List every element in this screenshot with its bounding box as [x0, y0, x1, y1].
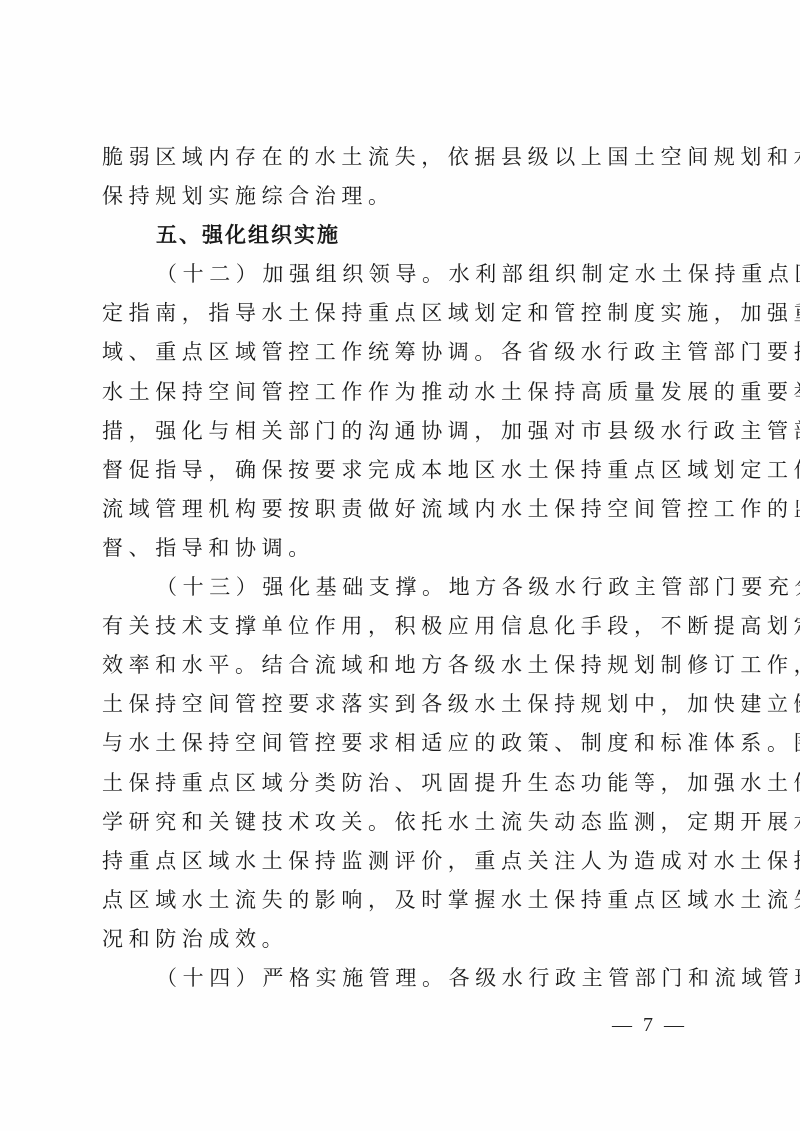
- paragraph-start-14: （十四）严格实施管理。各级水行政主管部门和流域管理机构: [102, 959, 696, 998]
- page-number: — 7 —: [612, 1014, 687, 1037]
- text-line: 保持规划实施综合治理。: [102, 177, 696, 216]
- text-line: 流域管理机构要按职责做好流域内水土保持空间管控工作的监: [102, 490, 696, 529]
- body-text: 脆弱区域内存在的水土流失，依据县级以上国土空间规划和水土 保持规划实施综合治理。…: [102, 138, 696, 998]
- text-line: 持重点区域水土保持监测评价，重点关注人为造成对水土保持重: [102, 842, 696, 881]
- text-line: 与水土保持空间管控要求相适应的政策、制度和标准体系。围绕水: [102, 724, 696, 763]
- text-line: 土保持重点区域分类防治、巩固提升生态功能等，加强水土保持科: [102, 764, 696, 803]
- text-line: 点区域水土流失的影响，及时掌握水土保持重点区域水土流失状: [102, 881, 696, 920]
- text-line: 效率和水平。结合流域和地方各级水土保持规划制修订工作，将水: [102, 646, 696, 685]
- text-line: 水土保持空间管控工作作为推动水土保持高质量发展的重要举: [102, 373, 696, 412]
- text-line: 域、重点区域管控工作统筹协调。各省级水行政主管部门要把加强: [102, 333, 696, 372]
- text-line: 督、指导和协调。: [102, 529, 696, 568]
- paragraph-start-12: （十二）加强组织领导。水利部组织制定水土保持重点区域划: [102, 255, 696, 294]
- section-heading: 五、强化组织实施: [102, 216, 696, 255]
- text-line: 土保持空间管控要求落实到各级水土保持规划中，加快建立健全: [102, 685, 696, 724]
- paragraph-start-13: （十三）强化基础支撑。地方各级水行政主管部门要充分发挥: [102, 568, 696, 607]
- text-line: 脆弱区域内存在的水土流失，依据县级以上国土空间规划和水土: [102, 138, 696, 177]
- text-line: 有关技术支撑单位作用，积极应用信息化手段，不断提高划定工作: [102, 607, 696, 646]
- text-line: 况和防治成效。: [102, 920, 696, 959]
- text-line: 学研究和关键技术攻关。依托水土流失动态监测，定期开展水土保: [102, 803, 696, 842]
- text-line: 措，强化与相关部门的沟通协调，加强对市县级水行政主管部门的: [102, 412, 696, 451]
- document-page: 脆弱区域内存在的水土流失，依据县级以上国土空间规划和水土 保持规划实施综合治理。…: [0, 0, 800, 1131]
- text-line: 督促指导，确保按要求完成本地区水土保持重点区域划定工作。各: [102, 451, 696, 490]
- text-line: 定指南，指导水土保持重点区域划定和管控制度实施，加强重点流: [102, 294, 696, 333]
